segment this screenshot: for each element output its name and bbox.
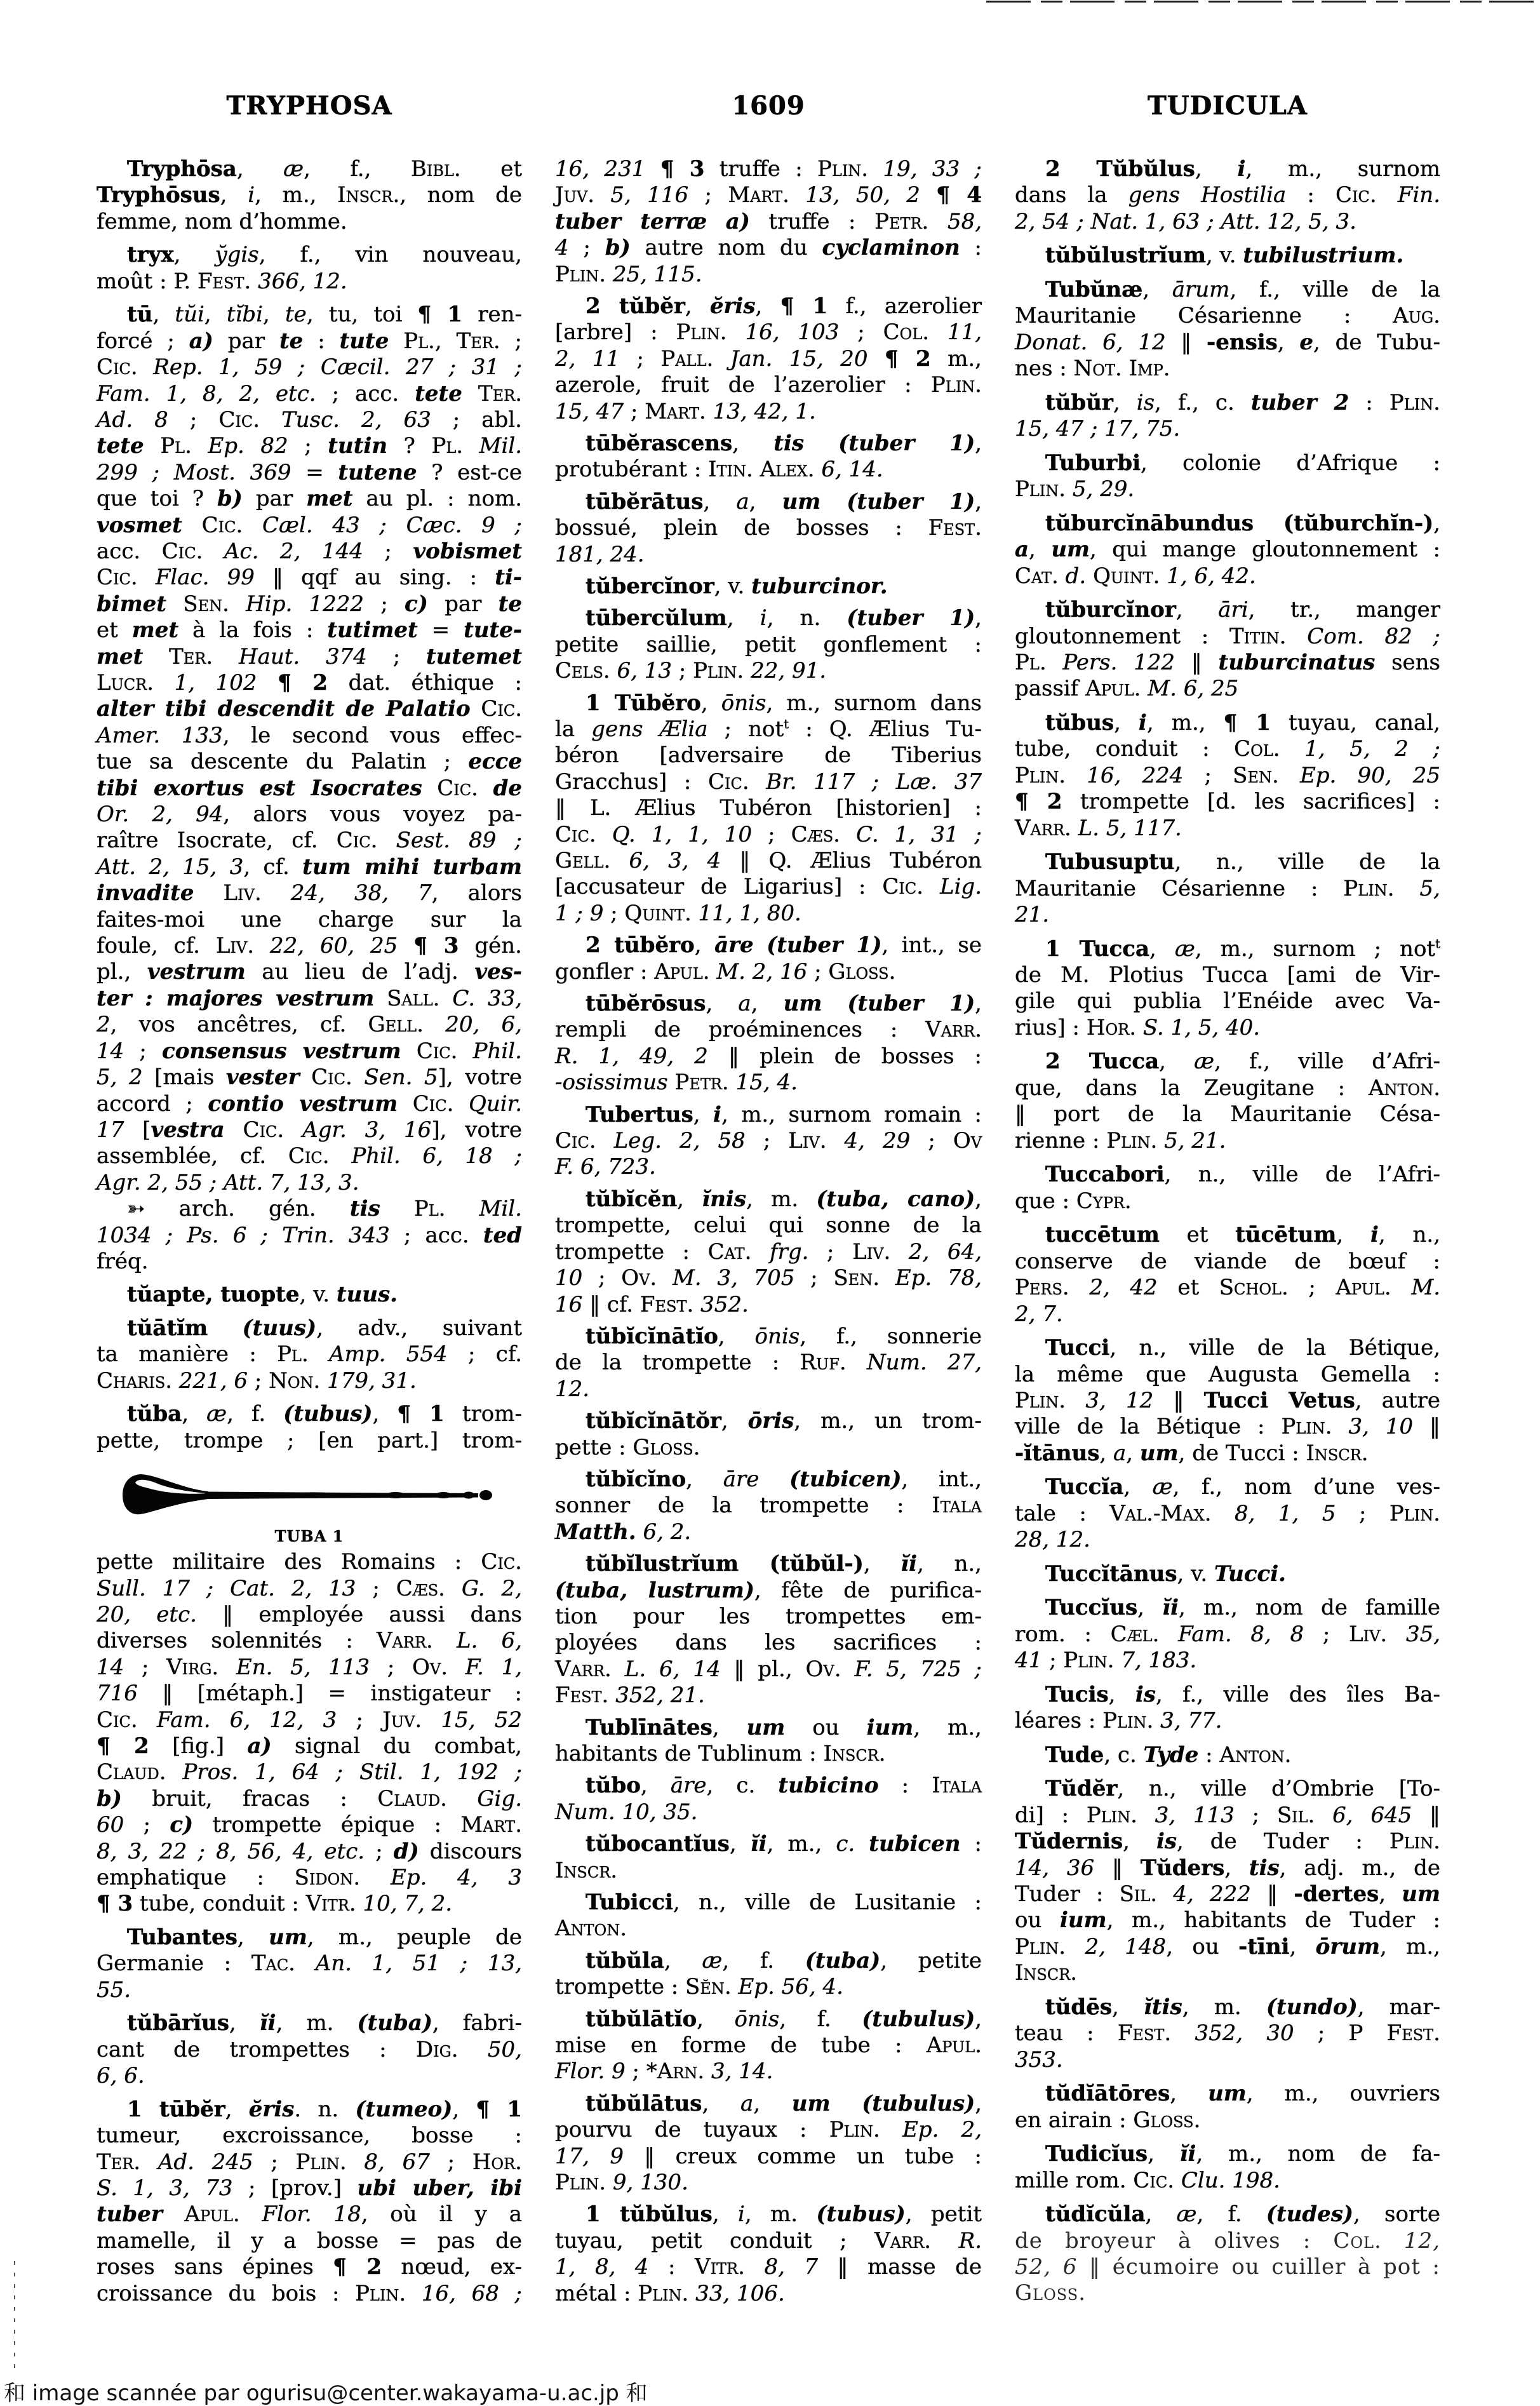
italic-text: Sest. 89 ; <box>396 828 522 853</box>
text-line: tuyau, petit conduit ; Varr. R. <box>555 2228 982 2254</box>
paragraph: Tubantes, um, m., peuple deGermanie : Ta… <box>97 1925 522 2003</box>
author-abbreviation: Plin. <box>1389 1501 1440 1526</box>
text-line: ‖ port de la Mauritanie Césa- <box>1015 1101 1440 1127</box>
dictionary-entry: 2 Tucca, æ, f., ville d’Afri-que, dans l… <box>1015 1049 1440 1154</box>
latin-text: um <box>792 2091 831 2116</box>
text-line: Plin. 16, 224 ; Sen. Ep. 90, 25 <box>1015 763 1440 789</box>
text-line: a, um, qui mange gloutonnement : <box>1015 537 1440 563</box>
text-line: -osissimus Petr. 15, 4. <box>555 1070 982 1096</box>
text-line: -ĭtānus, a, um, de Tucci : Inscr. <box>1015 1441 1440 1467</box>
italic-text: R. <box>959 2228 982 2254</box>
italic-text: i <box>738 2201 745 2227</box>
text-line: 12. <box>555 1376 982 1402</box>
text-line: azerole, fruit de l’azerolier : Plin. <box>555 372 982 398</box>
italic-text: 15, 47 <box>555 399 624 424</box>
dictionary-entry: Tude, c. Tyde : Anton. <box>1015 1742 1440 1768</box>
italic-text: æ <box>1153 1474 1173 1500</box>
author-abbreviation: Cic. <box>481 1549 522 1575</box>
text-line: roses sans épines ¶ 2 nœud, ex- <box>97 2254 522 2280</box>
paragraph: de broyeur à olives : Col. 12,52, 6 ‖ éc… <box>1015 2228 1440 2307</box>
latin-text: c) <box>170 1812 193 1838</box>
bold-text: ¶ 2 <box>333 2254 382 2280</box>
text-line: Cels. 6, 13 ; Plin. 22, 91. <box>555 658 982 684</box>
text-line: Juv. 5, 116 ; Mart. 13, 50, 2 ¶ 4 <box>555 182 982 208</box>
author-abbreviation: Pl. <box>160 433 192 459</box>
bold-text: ¶ 2 <box>885 346 931 372</box>
latin-text: invadite <box>97 880 194 906</box>
author-abbreviation: Plin. <box>1281 1414 1332 1439</box>
latin-text: d) <box>394 1839 419 1864</box>
italic-text: M. 2, 16 <box>716 959 807 985</box>
latin-text: Matth. <box>555 1519 636 1545</box>
paragraph: tŭburcĭnor, āri, tr., mangergloutonnemen… <box>1015 597 1440 702</box>
text-line: ta manière : Pl. Amp. 554 ; cf. <box>97 1341 522 1368</box>
author-abbreviation: Sen. <box>1233 763 1279 788</box>
text-line: trompette : Sĕn. Ep. 56, 4. <box>555 1974 982 2000</box>
text-line: tūbĕrascens, tis (tuber 1), <box>555 431 982 457</box>
author-abbreviation: Liv. <box>1349 1622 1387 1647</box>
page-number: 1609 <box>555 91 982 121</box>
italic-text: ōnis <box>721 690 767 716</box>
author-abbreviation: Plin. <box>1087 1803 1137 1828</box>
author-abbreviation: Cic. <box>288 1143 330 1169</box>
headword: 2 tūbĕro <box>586 932 695 958</box>
headword: tŭbŭlātĭo <box>586 2006 697 2032</box>
text-line: emphatique : Sidon. Ep. 4, 3 <box>97 1865 522 1891</box>
author-abbreviation: Liv. <box>216 933 254 958</box>
italic-text: 352, 21. <box>615 1683 705 1708</box>
text-line: b) bruit, fracas : Claud. Gig. <box>97 1786 522 1812</box>
text-line: 181, 24. <box>555 542 982 568</box>
italic-text: S. 1, 5, 40. <box>1143 1015 1260 1040</box>
latin-text: tubicen <box>869 1831 960 1857</box>
text-line: ¶ 2 [fig.] a) signal du combat, <box>97 1733 522 1759</box>
text-line: tŭbĭcĭnātĭo, ōnis, f., sonnerie <box>555 1324 982 1350</box>
italic-text: Pers. 122 <box>1062 650 1175 675</box>
italic-text: Phil. <box>473 1038 522 1064</box>
italic-text: 10 <box>555 1265 582 1291</box>
text-line: Or. 2, 94, alors vous voyez pa- <box>97 802 522 828</box>
text-line: Pers. 2, 42 et Schol. ; Apul. M. <box>1015 1275 1440 1301</box>
dictionary-entry: tuccētum et tūcētum, i, n.,conserve de v… <box>1015 1222 1440 1327</box>
latin-text: ium <box>867 1715 914 1740</box>
text-line: 2 Tŭbŭlus, i, m., surnom <box>1015 156 1440 182</box>
bold-text: Tryphōsus <box>97 182 220 208</box>
text-line: Tubusuptu, n., ville de la <box>1015 849 1440 875</box>
italic-text: Quir. <box>469 1091 522 1117</box>
dictionary-entry: tŭdĭātōres, um, m., ouvriersen airain : … <box>1015 2081 1440 2134</box>
text-line: Tuccĭa, æ, f., nom d’une ves- <box>1015 1474 1440 1500</box>
italic-text: Or. 2, 94 <box>97 802 223 827</box>
paragraph: Tuccabori, n., ville de l’Afri-que : Cyp… <box>1015 1162 1440 1214</box>
paragraph: Tucis, is, f., ville des îles Ba-léares … <box>1015 1682 1440 1735</box>
text-line: tŭbŭla, æ, f. (tuba), petite <box>555 1948 982 1974</box>
latin-text: (tuber 1) <box>767 932 881 958</box>
text-line: 2 tūbĕro, āre (tuber 1), int., se <box>555 932 982 958</box>
dictionary-entry: tŭdēs, ĭtis, m. (tundo), mar-teau : Fest… <box>1015 1994 1440 2073</box>
paragraph: Tŭdĕr, n., ville d’Ombrie [To-di] : Plin… <box>1015 1776 1440 1986</box>
author-abbreviation: Gell. <box>555 848 610 873</box>
dictionary-entry: Tŭdĕr, n., ville d’Ombrie [To-di] : Plin… <box>1015 1776 1440 1986</box>
latin-text: (tuus) <box>243 1315 316 1341</box>
text-line: 41 ; Plin. 7, 183. <box>1015 1648 1440 1674</box>
italic-text: 6, 645 <box>1332 1803 1412 1828</box>
author-abbreviation: Col. <box>1234 736 1280 762</box>
italic-text: 24, 38, 7 <box>291 880 432 906</box>
headword: tŭburcĭnor <box>1045 597 1176 622</box>
italic-text: Tusc. 2, 63 <box>281 407 431 433</box>
latin-text: te <box>499 591 522 617</box>
paragraph: tŭbercĭnor, v. tuburcinor. <box>555 574 982 600</box>
italic-text: 6, 2. <box>643 1519 691 1545</box>
bold-text: ¶ 1 <box>418 302 463 327</box>
italic-text: 2, 54 ; Nat. 1, 63 ; Att. 12, 5, 3. <box>1015 209 1356 234</box>
italic-text: 352. <box>700 1292 749 1317</box>
latin-text: vobismet <box>413 539 522 564</box>
text-line: Plin. 5, 29. <box>1015 476 1440 502</box>
author-abbreviation: Apul. <box>1336 1275 1391 1300</box>
text-line: faites-moi une charge sur la <box>97 907 522 933</box>
italic-text: M. 6, 25 <box>1148 676 1238 701</box>
italic-text: 20, etc. <box>97 1602 197 1627</box>
paragraph: tŭba, æ, f. (tubus), ¶ 1 trom-pette, tro… <box>97 1401 522 1454</box>
running-head-last-word: TUDICULA <box>1015 91 1440 121</box>
bold-text: Tŭdernis <box>1015 1829 1123 1854</box>
author-abbreviation: Lucr. <box>97 670 154 696</box>
author-abbreviation: P. Fest. <box>173 269 251 294</box>
italic-text: frg. <box>770 1239 808 1265</box>
latin-text: alter tibi descendit de Palatio <box>97 696 471 722</box>
italic-text: F. 1, <box>465 1655 522 1680</box>
text-line: 1, 8, 4 : Vitr. 8, 7 ‖ masse de <box>555 2254 982 2280</box>
italic-text: Sen. 5 <box>364 1065 438 1090</box>
text-line: Tryphōsus, i, m., Inscr., nom de <box>97 182 522 208</box>
author-abbreviation: Plin. <box>555 2170 606 2195</box>
latin-text: vestrum <box>147 959 246 985</box>
author-abbreviation: Cic. <box>97 354 138 380</box>
italic-text: Amp. 554 <box>329 1341 448 1367</box>
text-line: rienne : Plin. 5, 21. <box>1015 1128 1440 1154</box>
author-abbreviation: Hor. <box>472 2149 522 2175</box>
italic-text: 50, <box>488 2037 522 2062</box>
latin-text: (tuba, cano) <box>816 1186 975 1212</box>
italic-text: R. 1, 49, 2 <box>555 1044 708 1069</box>
scan-artifact-left <box>14 2261 15 2369</box>
author-abbreviation: Inscr. <box>823 1741 885 1766</box>
author-abbreviation: Itin. Alex. <box>708 457 814 482</box>
author-abbreviation: Claud. <box>377 1786 447 1811</box>
author-abbreviation: Inscr. <box>1306 1441 1369 1466</box>
paragraph: 2 Tŭbŭlus, i, m., surnomdans la gens Hos… <box>1015 156 1440 235</box>
latin-text: vestra <box>151 1117 224 1143</box>
paragraph: pette militaire des Romains : Cic.Sull. … <box>97 1549 522 1918</box>
italic-text: C. 33, <box>452 986 522 1011</box>
paragraph: tū, tŭi, tĭbi, te, tu, toi ¶ 1 ren-forcé… <box>97 302 522 1196</box>
italic-text: 1034 ; Ps. 6 ; Trin. 343 <box>97 1223 390 1248</box>
author-abbreviation: Juv. <box>382 1707 422 1733</box>
author-abbreviation: Cic. <box>708 769 749 795</box>
author-abbreviation: Plin. <box>829 2117 880 2142</box>
dictionary-entry: 2 tŭbĕr, ĕris, ¶ 1 f., azerolier[arbre] … <box>555 293 982 425</box>
scan-credit-footer: 和 image scannée par ogurisu@center.wakay… <box>4 2381 648 2406</box>
text-line: conserve de viande de bœuf : <box>1015 1249 1440 1275</box>
dictionary-entry: tŭbercĭnor, v. tuburcinor. <box>555 574 982 600</box>
dictionary-entry: 16, 231 ¶ 3 truffe : Plin. 19, 33 ;Juv. … <box>555 156 982 288</box>
author-abbreviation: Tac. <box>251 1951 295 1976</box>
author-abbreviation: Cic. <box>555 1128 596 1153</box>
bold-text: ¶ 2 <box>1015 789 1062 814</box>
italic-text: 1, 8, 4 <box>555 2254 649 2280</box>
italic-text: 352, 30 <box>1195 2020 1294 2046</box>
author-abbreviation: Cic. <box>311 1065 352 1090</box>
italic-text: y̆gis <box>215 242 258 267</box>
author-abbreviation: Pl. <box>403 328 435 354</box>
author-abbreviation: Ter. <box>478 381 522 407</box>
latin-text: ōris <box>748 1408 794 1434</box>
text-line: mamelle, il y a bosse = pas de <box>97 2228 522 2254</box>
latin-text: contio vestrum <box>208 1091 398 1117</box>
latin-text: tuber <box>97 2201 163 2227</box>
dictionary-entry: tŭba, æ, f. (tubus), ¶ 1 trom-pette, tro… <box>97 1401 522 1918</box>
text-line: Tubantes, um, m., peuple de <box>97 1925 522 1951</box>
text-line: tŭātĭm (tuus), adv., suivant <box>97 1315 522 1341</box>
text-line: 21. <box>1015 902 1440 928</box>
author-abbreviation: Plin. <box>817 156 868 182</box>
text-line: 8, 3, 22 ; 8, 56, 4, etc. ; d) discours <box>97 1839 522 1865</box>
latin-text: (tuba) <box>805 1948 880 1973</box>
author-abbreviation: Cels. <box>555 658 610 683</box>
author-abbreviation: Arn. <box>657 2059 704 2084</box>
author-abbreviation: Pers. <box>1015 1275 1069 1300</box>
author-abbreviation: Plin. <box>1063 1648 1114 1673</box>
text-line: tŭbĭlustrĭum (tŭbŭl-), ĭi, n., <box>555 1551 982 1577</box>
dictionary-entry: tryx, y̆gis, f., vin nouveau,moût : P. F… <box>97 242 522 295</box>
author-abbreviation: Plin. <box>1106 1128 1157 1153</box>
bold-text: ¶ 3 <box>97 1891 133 1916</box>
text-line: pourvu de tuyaux : Plin. Ep. 2, <box>555 2117 982 2143</box>
latin-text: ves- <box>474 959 522 985</box>
author-abbreviation: Liv. <box>224 880 262 906</box>
bold-text: ¶ 2 <box>97 1733 149 1759</box>
italic-text: tŭi <box>175 302 204 327</box>
superscript: t <box>1435 936 1440 951</box>
latin-text: tute- <box>464 617 522 643</box>
paragraph: tūbĕrātus, a, um (tuber 1),bossué, plein… <box>555 489 982 568</box>
text-line: tuccētum et tūcētum, i, n., <box>1015 1222 1440 1248</box>
text-line: Charis. 221, 6 ; Non. 179, 31. <box>97 1368 522 1394</box>
text-line: Germanie : Tac. An. 1, 51 ; 13, <box>97 1951 522 1977</box>
author-abbreviation: Anton. <box>1369 1075 1440 1101</box>
author-abbreviation: Anton. <box>555 1916 627 1941</box>
latin-text: a) <box>247 1733 271 1759</box>
author-abbreviation: Liv. <box>788 1128 826 1153</box>
text-line: Fam. 1, 8, 2, etc. ; acc. tete Ter. <box>97 381 522 407</box>
text-line: accord ; contio vestrum Cic. Quir. <box>97 1091 522 1117</box>
paragraph: Tryphōsa, æ, f., Bibl. etTryphōsus, i, m… <box>97 156 522 235</box>
text-line: Tudicĭus, ĭi, m., nom de fa- <box>1015 2141 1440 2167</box>
text-line: 17 [vestra Cic. Agr. 3, 16], votre <box>97 1117 522 1143</box>
author-abbreviation: Fest. <box>1387 2020 1440 2046</box>
italic-text: 14 <box>97 1038 124 1064</box>
text-line: pette, trompe ; [en part.] trom- <box>97 1428 522 1454</box>
italic-text: 10, 7, 2. <box>363 1891 452 1916</box>
author-abbreviation: Plin. <box>555 262 606 287</box>
latin-text: ter : majores vestrum <box>97 986 374 1011</box>
text-line: Tryphōsa, æ, f., Bibl. et <box>97 156 522 182</box>
headword: 1 Tucca <box>1045 936 1149 962</box>
latin-text: te <box>279 328 303 354</box>
author-abbreviation: Bibl. <box>411 156 461 182</box>
dictionary-entry: Tubusuptu, n., ville de laMauritanie Cés… <box>1015 849 1440 928</box>
paragraph: 2 Tucca, æ, f., ville d’Afri-que, dans l… <box>1015 1049 1440 1154</box>
italic-text: 33, 106. <box>695 2281 785 2306</box>
text-line: pl., vestrum au lieu de l’adj. ves- <box>97 959 522 985</box>
author-abbreviation: Sen. <box>833 1265 880 1291</box>
paragraph: 2 tŭbĕr, ĕris, ¶ 1 f., azerolier[arbre] … <box>555 293 982 425</box>
italic-text: c. <box>836 1831 855 1857</box>
author-abbreviation: Inscr. <box>337 182 399 208</box>
italic-text: 22, 60, 25 <box>270 933 398 958</box>
text-line: 2 tŭbĕr, ĕris, ¶ 1 f., azerolier <box>555 293 982 319</box>
author-abbreviation: Plin. <box>1389 390 1440 415</box>
bold-text: ¶ 1 <box>1224 710 1271 736</box>
text-line: bimet Sen. Hip. 1222 ; c) par te <box>97 591 522 617</box>
italic-text: 15, 52 <box>441 1707 522 1733</box>
text-line: Flor. 9 ; *Arn. 3, 14. <box>555 2059 982 2085</box>
italic-text: C. 1, 31 ; <box>856 822 982 847</box>
headword: Tubertus <box>586 1102 693 1127</box>
headword: tŭdĭātōres <box>1045 2081 1170 2106</box>
author-abbreviation: Quint. <box>1093 563 1160 589</box>
dictionary-entry: tŭdĭcŭla, æ, f. (tudes), sortede broyeur… <box>1015 2201 1440 2307</box>
author-abbreviation: Quint. <box>624 901 691 926</box>
author-abbreviation: Plin. <box>1015 1388 1066 1413</box>
italic-text: 5, 116 <box>610 182 688 208</box>
text-line: Tubertus, i, m., surnom romain : <box>555 1102 982 1128</box>
headword: tŭba <box>127 1401 182 1427</box>
dictionary-entry: Tuccĭa, æ, f., nom d’une ves-tale : Val.… <box>1015 1474 1440 1553</box>
text-line: passif Apul. M. 6, 25 <box>1015 676 1440 702</box>
italic-text: a <box>1113 1441 1126 1466</box>
italic-text: 5, <box>1420 876 1440 901</box>
bold-text: ¶ 2 <box>278 670 328 696</box>
latin-text: um <box>747 1715 786 1740</box>
paragraph: Tubusuptu, n., ville de laMauritanie Cés… <box>1015 849 1440 928</box>
text-line: Inscr. <box>1015 1960 1440 1986</box>
italic-text: æ <box>1177 2201 1197 2227</box>
text-line: Tubicci, n., ville de Lusitanie : <box>555 1890 982 1916</box>
text-line: tŭapte, tuopte, v. tuus. <box>97 1282 522 1308</box>
italic-text: 3, 10 <box>1348 1414 1413 1439</box>
headword: tŭapte, tuopte <box>127 1282 299 1307</box>
author-abbreviation: Plin. <box>1015 476 1066 502</box>
latin-text: c) <box>405 591 428 617</box>
latin-text: i <box>1238 156 1246 182</box>
headword: tuccētum <box>1045 1222 1160 1247</box>
column-2: 16, 231 ¶ 3 truffe : Plin. 19, 33 ;Juv. … <box>555 156 982 2307</box>
italic-text: 28, 12. <box>1015 1527 1090 1552</box>
headword: Tŭdĕr <box>1045 1776 1117 1801</box>
author-abbreviation: Mart. <box>728 182 789 208</box>
italic-text: 22, 91. <box>751 658 826 683</box>
author-abbreviation: Cat. <box>708 1239 752 1265</box>
italic-text: 6, 6. <box>97 2063 145 2088</box>
text-line: que toi ? b) par met au pl. : nom. <box>97 486 522 512</box>
author-abbreviation: Plin. <box>1015 763 1066 788</box>
latin-text: i <box>713 1102 721 1127</box>
italic-text: Mil. <box>479 433 522 459</box>
italic-text: 8, 7 <box>764 2254 818 2280</box>
italic-text: 2, 42 <box>1089 1275 1157 1300</box>
text-line: ter : majores vestrum Sall. C. 33, <box>97 986 522 1012</box>
author-abbreviation: Hor. <box>1087 1015 1136 1040</box>
author-abbreviation: Pl. <box>431 433 463 459</box>
text-line: Tŭdernis, is, de Tuder : Plin. <box>1015 1829 1440 1855</box>
text-line: Fest. 352, 21. <box>555 1683 982 1709</box>
latin-text: de <box>493 776 522 801</box>
paragraph: Tude, c. Tyde : Anton. <box>1015 1742 1440 1768</box>
italic-text: ōnis <box>735 2006 780 2032</box>
dictionary-entry: 2 Tŭbŭlus, i, m., surnomdans la gens Hos… <box>1015 156 1440 235</box>
italic-text: M. 3, 705 <box>673 1265 794 1291</box>
italic-text: 17 <box>97 1117 124 1143</box>
text-line: ville de la Bétique : Plin. 3, 10 ‖ <box>1015 1414 1440 1440</box>
latin-text: tis <box>350 1196 380 1221</box>
text-line: Varr. L. 5, 117. <box>1015 816 1440 842</box>
text-line: 16 ‖ cf. Fest. 352. <box>555 1292 982 1318</box>
text-line: la gens Ælia ; nott : Q. Ælius Tu- <box>555 716 982 743</box>
italic-text: Haut. 374 <box>239 644 367 669</box>
text-line: ou ium, m., habitants de Tuder : <box>1015 1907 1440 1933</box>
italic-text: 2, 7. <box>1015 1301 1063 1327</box>
author-abbreviation: Cæs. <box>791 822 840 847</box>
text-line: ‖ L. Ælius Tubéron [historien] : <box>555 795 982 821</box>
text-line: 1034 ; Ps. 6 ; Trin. 343 ; acc. ted <box>97 1223 522 1249</box>
italic-text: Num. 10, 35. <box>555 1799 697 1825</box>
author-abbreviation: Fest. <box>1118 2020 1171 2046</box>
italic-text: 3, 77. <box>1160 1708 1222 1733</box>
headword: tŭbus <box>1045 710 1114 736</box>
latin-text: tuber 2 <box>1251 390 1349 415</box>
bold-text: -ensis <box>1207 330 1278 355</box>
text-line: 353. <box>1015 2047 1440 2073</box>
text-line: Matth. 6, 2. <box>555 1519 982 1545</box>
italic-text: æ <box>283 156 304 182</box>
italic-text: Com. 82 ; <box>1307 624 1440 649</box>
text-line: 2, 54 ; Nat. 1, 63 ; Att. 12, 5, 3. <box>1015 209 1440 235</box>
text-line: Tucci, n., ville de la Bétique, <box>1015 1335 1440 1361</box>
latin-text: tutin <box>328 433 387 459</box>
text-line: tŭbĭcĭnātŏr, ōris, m., un trom- <box>555 1408 982 1434</box>
italic-text: Fam. 8, 8 <box>1178 1622 1304 1647</box>
latin-text: met <box>97 644 143 669</box>
headword: tŭbĭcĭno <box>586 1467 686 1492</box>
headword: tūbĕrātus <box>586 489 703 514</box>
text-line: di] : Plin. 3, 113 ; Sil. 6, 645 ‖ <box>1015 1803 1440 1829</box>
text-line: Tuccĭtānus, v. Tucci. <box>1015 1561 1440 1587</box>
latin-text: (tubulus) <box>862 2006 975 2032</box>
latin-text: ĕris <box>249 2097 295 2122</box>
italic-text: tĭbi <box>227 302 263 327</box>
text-line: habitants de Tublinum : Inscr. <box>555 1741 982 1767</box>
headword: tŭbocantĭus <box>586 1831 730 1857</box>
latin-text: ted <box>483 1223 522 1248</box>
author-abbreviation: Cic. <box>337 828 378 853</box>
dictionary-entry: tŭbŭlātus, a, um (tubulus),pourvu de tuy… <box>555 2091 982 2196</box>
paragraph: tŭbŭlustrĭum, v. tubilustrium. <box>1015 243 1440 269</box>
text-line: Tude, c. Tyde : Anton. <box>1015 1742 1440 1768</box>
dictionary-entry: tŭbus, i, m., ¶ 1 tuyau, canal,tube, con… <box>1015 710 1440 842</box>
